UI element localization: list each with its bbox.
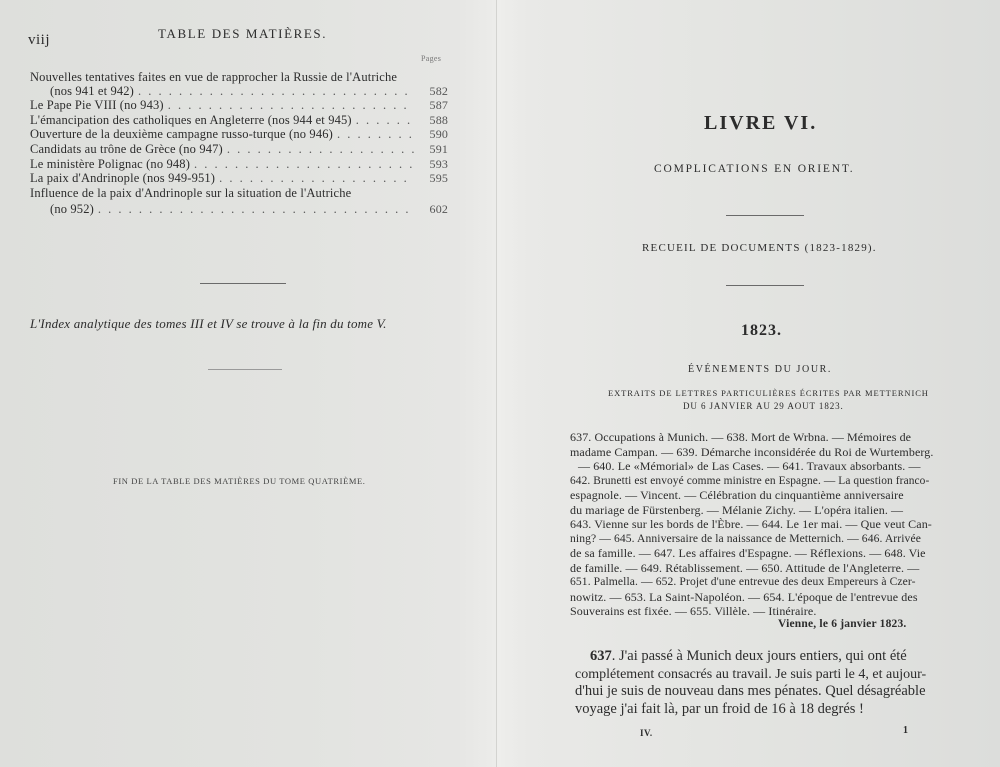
toc-entry: La paix d'Andrinople (nos 949-951) 595	[30, 171, 448, 186]
divider-rule	[726, 215, 804, 216]
summary-line: 643. Vienne sur les bords de l'Èbre. — 6…	[570, 517, 958, 532]
summary-line: Souverains est fixée. — 655. Villèle. — …	[570, 604, 958, 619]
toc-entry: Candidats au trône de Grèce (no 947) 591	[30, 142, 448, 157]
leader-dots	[356, 113, 414, 128]
leader-dots	[98, 202, 414, 217]
end-of-table-note: FIN DE LA TABLE DES MATIÈRES DU TOME QUA…	[113, 476, 366, 486]
section-title: RECUEIL DE DOCUMENTS (1823-1829).	[642, 242, 877, 254]
toc-entry: Nouvelles tentatives faites en vue de ra…	[30, 70, 448, 85]
summary-line: 642. Brunetti est envoyé comme ministre …	[570, 474, 958, 489]
toc-entry-text: Ouverture de la deuxième campagne russo-…	[30, 127, 333, 142]
summary-line: nowitz. — 653. La Saint-Napoléon. — 654.…	[570, 590, 958, 605]
summary-line: espagnole. — Vincent. — Célébration du c…	[570, 488, 958, 503]
toc-page-number: 588	[418, 113, 448, 128]
summary-line: du mariage de Fürstenberg. — Mélanie Zic…	[570, 503, 958, 518]
toc-page-number: 582	[418, 84, 448, 99]
summary-line: madame Campan. — 639. Démarche inconsidé…	[570, 445, 958, 460]
chapter-date-range: DU 6 JANVIER AU 29 AOUT 1823.	[683, 401, 844, 411]
leader-dots	[168, 98, 414, 113]
toc-entry-text: Le Pape Pie VIII (no 943)	[30, 98, 164, 113]
toc-page-number: 587	[418, 98, 448, 113]
toc-entry: Le Pape Pie VIII (no 943) 587	[30, 98, 448, 113]
letter-dateline: Vienne, le 6 janvier 1823.	[778, 618, 907, 630]
toc-entry-text: Le ministère Polignac (no 948)	[30, 157, 190, 172]
leader-dots	[227, 142, 414, 157]
toc-page-number: 593	[418, 157, 448, 172]
divider-rule	[726, 285, 804, 286]
toc-entry: Le ministère Polignac (no 948) 593	[30, 157, 448, 172]
table-of-contents: Nouvelles tentatives faites en vue de ra…	[30, 70, 448, 217]
summary-line: 651. Palmella. — 652. Projet d'une entre…	[570, 575, 958, 590]
toc-entry-text: Nouvelles tentatives faites en vue de ra…	[30, 70, 416, 85]
toc-entry: Ouverture de la deuxième campagne russo-…	[30, 127, 448, 142]
letter-number: 637	[590, 648, 612, 664]
toc-entry-text: (no 952)	[30, 202, 94, 217]
folio: viij	[28, 32, 50, 49]
index-note: L'Index analytique des tomes III et IV s…	[30, 316, 387, 332]
page-number: 1	[903, 725, 908, 736]
divider-rule	[200, 283, 286, 284]
leader-dots	[219, 171, 414, 186]
chapter-summary: 637. Occupations à Munich. — 638. Mort d…	[570, 430, 958, 619]
leader-dots	[337, 127, 414, 142]
year-heading: 1823.	[741, 322, 782, 340]
leader-dots	[194, 157, 414, 172]
toc-entry-text: La paix d'Andrinople (nos 949-951)	[30, 171, 215, 186]
signature-mark: IV.	[640, 728, 653, 738]
divider-rule	[208, 369, 282, 370]
toc-entry-text: (nos 941 et 942)	[30, 84, 134, 99]
toc-entry-text: L'émancipation des catholiques en Anglet…	[30, 113, 352, 128]
summary-line: ning? — 645. Anniversaire de la naissanc…	[570, 532, 958, 547]
toc-entry: Influence de la paix d'Andrinople sur la…	[30, 186, 448, 201]
toc-page-number: 590	[418, 127, 448, 142]
letter-line: 637. J'ai passé à Munich deux jours enti…	[575, 648, 955, 666]
toc-entry-text: Influence de la paix d'Andrinople sur la…	[30, 186, 416, 201]
toc-entry: (nos 941 et 942) 582	[30, 84, 448, 99]
book-title: LIVRE VI.	[704, 112, 817, 135]
toc-page-number: 602	[418, 202, 448, 217]
toc-entry: L'émancipation des catholiques en Anglet…	[30, 113, 448, 128]
toc-entry: (no 952) 602	[30, 202, 448, 217]
running-head: TABLE DES MATIÈRES.	[158, 26, 327, 42]
chapter-subheading: EXTRAITS DE LETTRES PARTICULIÈRES ÉCRITE…	[608, 388, 929, 398]
letter-line: voyage j'ai fait là, par un froid de 16 …	[575, 701, 955, 719]
leader-dots	[138, 84, 414, 99]
summary-line: — 640. Le «Mémorial» de Las Cases. — 641…	[570, 459, 958, 474]
toc-page-number: 595	[418, 171, 448, 186]
summary-line: de sa famille. — 647. Les affaires d'Esp…	[570, 546, 958, 561]
book-subtitle: COMPLICATIONS EN ORIENT.	[654, 163, 854, 175]
pages-column-label: Pages	[421, 54, 441, 63]
summary-line: de famille. — 649. Rétablissement. — 650…	[570, 561, 958, 576]
chapter-heading: ÉVÉNEMENTS DU JOUR.	[688, 364, 832, 375]
letter-line: complétement consacrés au travail. Je su…	[575, 666, 955, 684]
letter-body: 637. J'ai passé à Munich deux jours enti…	[575, 648, 955, 718]
toc-page-number: 591	[418, 142, 448, 157]
toc-entry-text: Candidats au trône de Grèce (no 947)	[30, 142, 223, 157]
letter-line-text: . J'ai passé à Munich deux jours entiers…	[612, 648, 907, 664]
letter-line: d'hui je suis de nouveau dans mes pénate…	[575, 683, 955, 701]
left-page: viij TABLE DES MATIÈRES. Pages Nouvelles…	[0, 0, 496, 767]
summary-line: 637. Occupations à Munich. — 638. Mort d…	[570, 430, 958, 445]
